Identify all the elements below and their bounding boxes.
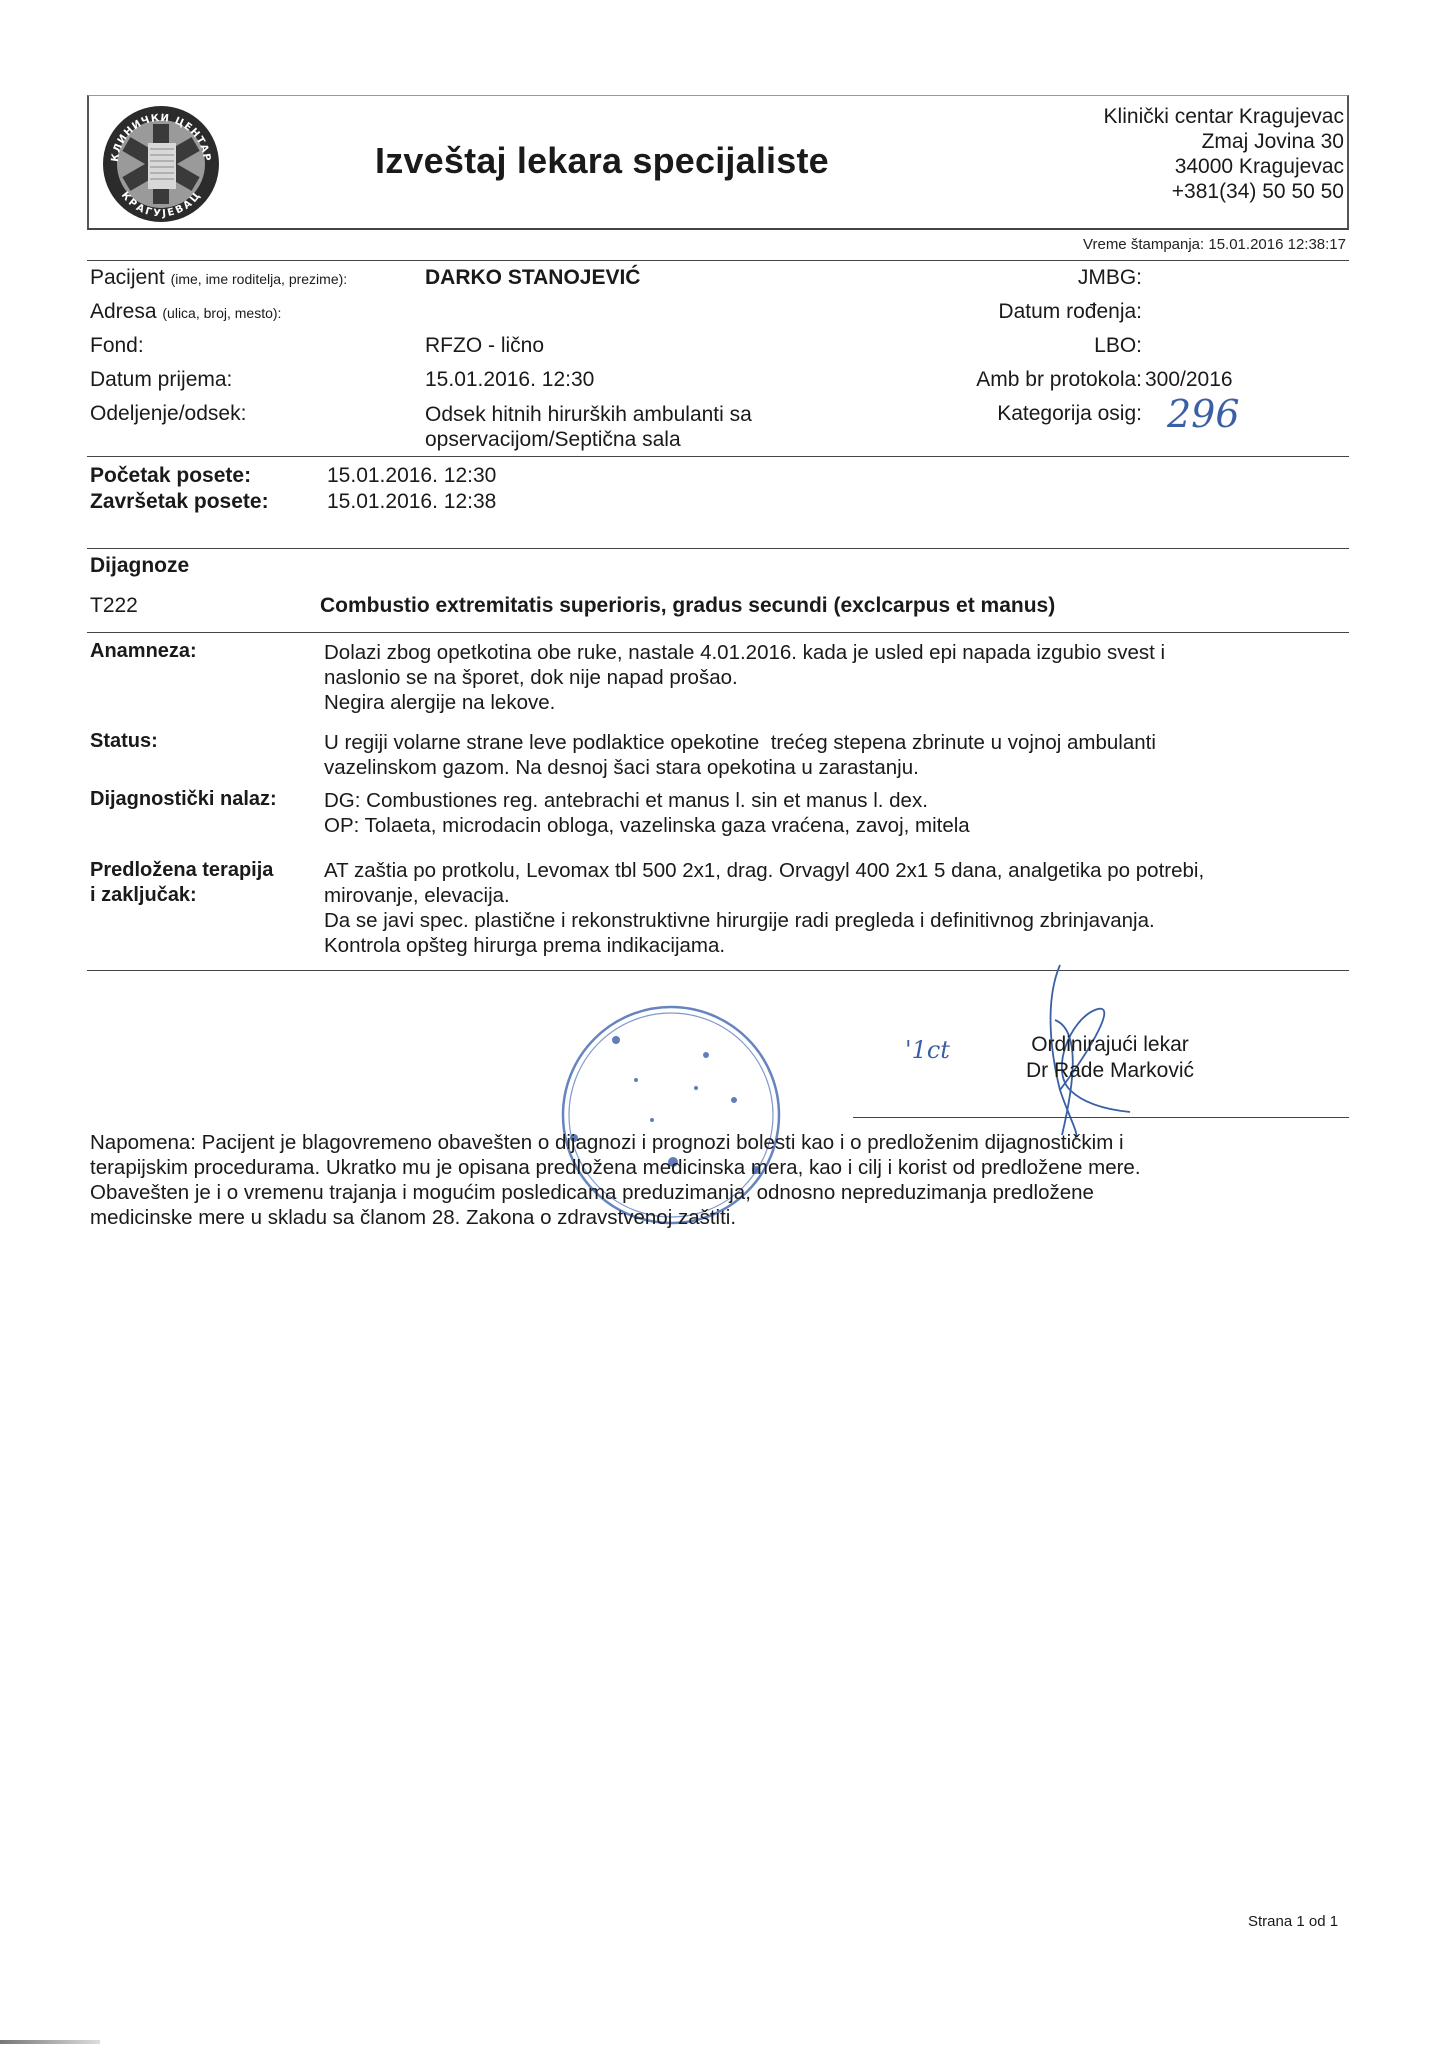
- diagnoses-heading: Dijagnoze: [90, 554, 189, 578]
- institution-phone: +381(34) 50 50 50: [1104, 179, 1344, 204]
- patient-name-value: DARKO STANOJEVIĆ: [425, 266, 640, 290]
- diagnosis-code: T222: [90, 594, 138, 618]
- medical-star-logo-icon: КЛИНИЧКИ ЦЕНТАР КРАГУЈЕВАЦ: [100, 103, 222, 225]
- signature-line: [853, 1117, 1349, 1118]
- signature-block: Ordinirajući lekar Dr Rade Marković: [1010, 1032, 1210, 1084]
- page-number: Strana 1 od 1: [1248, 1913, 1338, 1930]
- anamnesis-text: Dolazi zbog opetkotina obe ruke, nastale…: [324, 640, 1165, 715]
- anamnesis-label: Anamneza:: [90, 640, 197, 663]
- visit-start-label: Početak posete:: [90, 464, 251, 488]
- visit-end-label: Završetak posete:: [90, 490, 269, 514]
- visit-start-value: 15.01.2016. 12:30: [327, 464, 496, 488]
- diagnosis-description: Combustio extremitatis superioris, gradu…: [320, 594, 1055, 618]
- fund-label: Fond:: [90, 334, 144, 358]
- divider: [87, 456, 1349, 457]
- signature-doctor-name: Dr Rade Marković: [1010, 1058, 1210, 1084]
- therapy-label: Predložena terapija i zaključak:: [90, 858, 273, 908]
- lbo-label: LBO:: [1094, 334, 1142, 358]
- institution-logo: КЛИНИЧКИ ЦЕНТАР КРАГУЈЕВАЦ: [100, 103, 222, 225]
- insurance-category-label: Kategorija osig:: [997, 402, 1142, 426]
- fund-value: RFZO - lično: [425, 334, 544, 358]
- institution-city: 34000 Kragujevac: [1104, 154, 1344, 179]
- jmbg-label: JMBG:: [1078, 266, 1142, 290]
- address-label: Adresa (ulica, broj, mesto):: [90, 300, 281, 324]
- divider: [87, 632, 1349, 633]
- dob-label: Datum rođenja:: [998, 300, 1142, 324]
- institution-street: Zmaj Jovina 30: [1104, 129, 1344, 154]
- therapy-text: AT zaštia po protkolu, Levomax tbl 500 2…: [324, 858, 1204, 958]
- divider: [87, 970, 1349, 971]
- findings-text: DG: Combustiones reg. antebrachi et manu…: [324, 788, 970, 838]
- admission-date-label: Datum prijema:: [90, 368, 232, 392]
- protocol-label: Amb br protokola:: [976, 368, 1142, 392]
- admission-date-value: 15.01.2016. 12:30: [425, 368, 594, 392]
- institution-name: Klinički centar Kragujevac: [1104, 104, 1344, 129]
- insurance-category-handwritten: 296: [1167, 392, 1240, 436]
- department-value: Odsek hitnih hirurških ambulanti sa opse…: [425, 402, 752, 452]
- signature-role: Ordinirajući lekar: [1010, 1032, 1210, 1058]
- print-timestamp: Vreme štampanja: 15.01.2016 12:38:17: [1083, 236, 1346, 253]
- patient-name-label: Pacijent (ime, ime roditelja, prezime):: [90, 266, 347, 290]
- visit-end-value: 15.01.2016. 12:38: [327, 490, 496, 514]
- institution-address: Klinički centar Kragujevac Zmaj Jovina 3…: [1104, 104, 1344, 204]
- document-title: Izveštaj lekara specijaliste: [375, 140, 829, 182]
- findings-label: Dijagnostički nalaz:: [90, 788, 277, 811]
- handwritten-initials: '1ct: [905, 1036, 950, 1064]
- status-label: Status:: [90, 730, 158, 753]
- scan-edge-artifact: [0, 2040, 100, 2044]
- protocol-value: 300/2016: [1145, 368, 1233, 392]
- status-text: U regiji volarne strane leve podlaktice …: [324, 730, 1156, 780]
- divider: [87, 548, 1349, 549]
- legal-note: Napomena: Pacijent je blagovremeno obave…: [90, 1130, 1141, 1230]
- department-label: Odeljenje/odsek:: [90, 402, 246, 426]
- divider: [87, 260, 1349, 261]
